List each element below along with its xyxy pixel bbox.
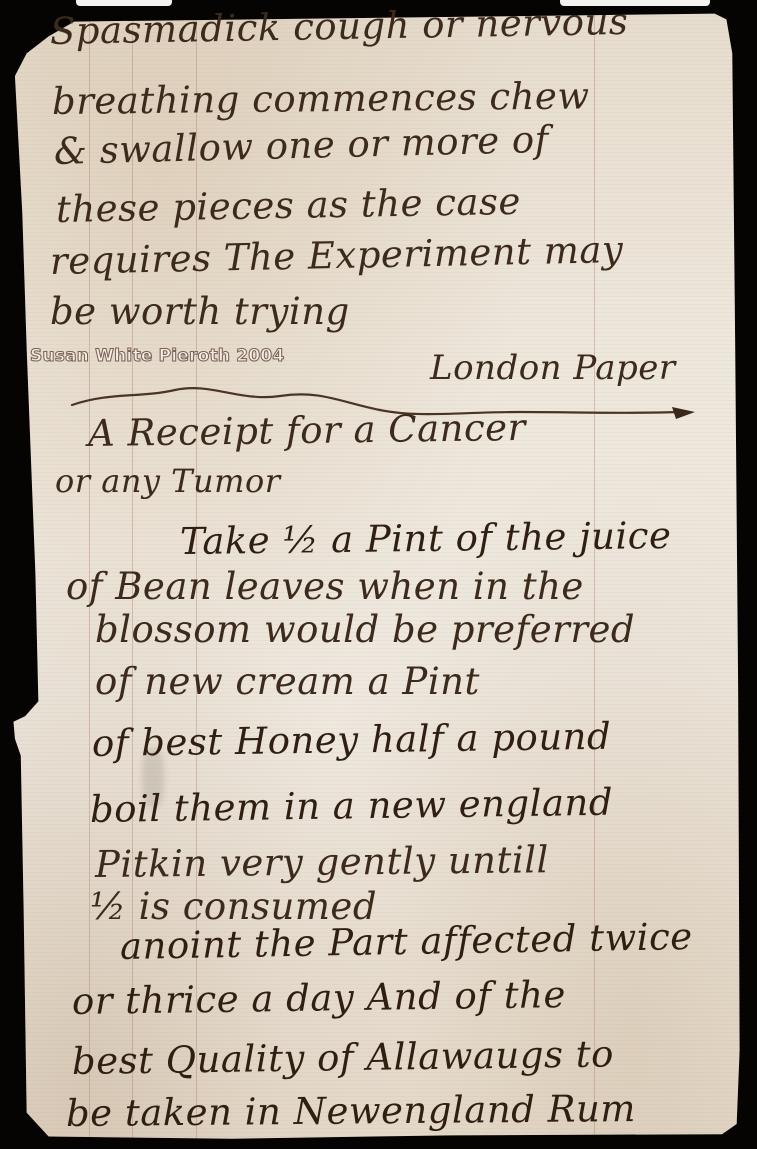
handwritten-line: of best Honey half a pound bbox=[92, 715, 612, 765]
handwritten-line: blossom would be preferred bbox=[95, 608, 635, 651]
handwritten-line: Take ½ a Pint of the juice bbox=[180, 514, 672, 563]
receipt-heading-line: A Receipt for a Cancer bbox=[88, 406, 526, 455]
handwritten-line: of Bean leaves when in the bbox=[66, 565, 584, 608]
handwritten-line: Pitkin very gently untill bbox=[95, 838, 549, 886]
handwritten-line: boil them in a new england bbox=[90, 781, 614, 831]
handwritten-line: of new cream a Pint bbox=[95, 660, 480, 703]
handwritten-line: best Quality of Allawaugs to bbox=[72, 1032, 614, 1083]
handwritten-line: be taken in Newengland Rum bbox=[66, 1087, 636, 1135]
copyright-watermark: Susan White Pieroth 2004 bbox=[30, 346, 284, 366]
handwritten-line: or thrice a day And of the bbox=[72, 973, 566, 1023]
receipt-heading-line: or any Tumor bbox=[55, 462, 281, 500]
